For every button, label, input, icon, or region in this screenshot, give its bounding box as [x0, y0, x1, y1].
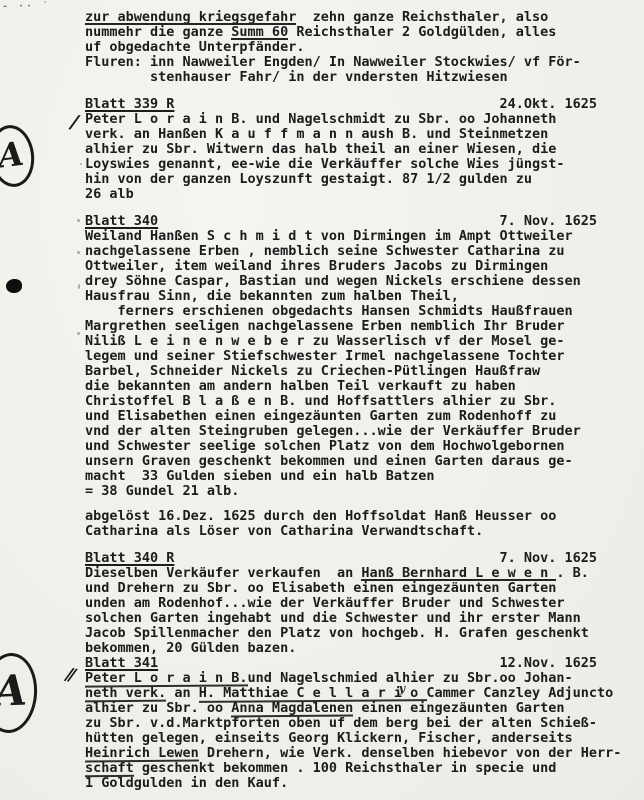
line-text: uf obgedachte Unterpfänder. [85, 39, 304, 55]
line-text: Dieselben Verkäufer verkaufen an Hanß Be… [85, 565, 589, 581]
text-line: alhier zu Sbr. oo Anna Magdalenen einen … [85, 701, 597, 716]
text-line: Loyswies genannt, ee-wie die Verkäuffer … [85, 157, 597, 172]
entry-date: 12.Nov. 1625 [499, 656, 597, 671]
line-text: Barbel, Schneider Nickels zu Criechen-Pü… [85, 363, 540, 379]
text-line: bekommen, 20 Gülden bazen. [85, 641, 597, 656]
text-line: Fluren: inn Nawweiler Engden/ In Nawweil… [85, 55, 597, 70]
text-line: legem und seiner Stiefschwester Irmel na… [85, 349, 597, 364]
text-line: Peter L o r a i n B.und Nagelschmied alh… [85, 671, 597, 686]
text-line: Weiland Hanßen S c h m i d t von Dirming… [85, 229, 597, 244]
handwritten-letter: A [0, 665, 28, 715]
circled-letter-annotation: A [0, 123, 38, 190]
intro-paragraph: zur abwendung kriegsgefahr zehn ganze Re… [85, 10, 597, 85]
text-line: Niliß L e i n e n w e b e r zu Wasserlis… [85, 334, 597, 349]
line-text: 1 Goldgulden in den Kauf. [85, 775, 288, 791]
text-line: hin von der ganzen Loyszunft gestaigt. 8… [85, 172, 597, 187]
line-text: vnd der alten Steingruben gelegen...wie … [85, 423, 581, 439]
entry-date: 7. Nov. 1625 [499, 214, 597, 229]
entry-heading-row: Blatt 340 R 7. Nov. 1625 [85, 551, 597, 566]
text-line: nummehr die ganze Summ 60 Reichsthaler 2… [85, 25, 597, 40]
line-text: Weiland Hanßen S c h m i d t von Dirming… [85, 228, 573, 244]
text-line: Dieselben Verkäufer verkaufen an Hanß Be… [85, 566, 597, 581]
text-line: neth verk. an H. Matthiae C e l l a r i … [85, 686, 597, 701]
text-line: Margrethen seeligen nachgelassene Erben … [85, 319, 597, 334]
text-line: macht 33 Gulden sieben und ein halb Batz… [85, 469, 597, 484]
line-text: nummehr die ganze Summ 60 Reichsthaler 2… [85, 24, 556, 40]
entry-heading-row: Blatt 340 7. Nov. 1625 [85, 214, 597, 229]
text-line: uf obgedachte Unterpfänder. [85, 40, 597, 55]
scan-noise-mark: - ·· ˙ [2, 1, 50, 12]
line-text: = 38 Gundel 21 alb. [85, 483, 239, 499]
text-line: die bekannten am andern halben Teil verk… [85, 379, 597, 394]
line-text: Peter L o r a i n B.und Nagelschmied alh… [85, 670, 573, 686]
register-entry-blatt-340r: Blatt 340 R 7. Nov. 1625 Dieselben Verkä… [85, 551, 597, 656]
handwritten-caret-mark: y [399, 682, 405, 695]
line-text: unden am Rodenhof...wie der Verkäuffer B… [85, 595, 565, 611]
line-text: neth verk. an H. Matthiae C e l l a r i … [85, 685, 613, 701]
line-text: Hausfrau Sinn, die bekannten zum halben … [85, 288, 459, 304]
redemption-note: abgelöst 16.Dez. 1625 durch den Hoffsold… [85, 509, 597, 539]
line-text: hütten gelegen, einseits Georg Klickern,… [85, 730, 573, 746]
text-line: unden am Rodenhof...wie der Verkäuffer B… [85, 596, 597, 611]
scan-speck [80, 163, 82, 165]
line-text: zu Sbr. v.d.Marktpforten oben uf dem ber… [85, 715, 597, 731]
line-text: stenhauser Fahr/ in der vndersten Hitzwi… [85, 69, 508, 85]
text-line: drey Söhne Caspar, Bastian und wegen Nic… [85, 274, 597, 289]
register-entry-blatt-340: Blatt 340 7. Nov. 1625 Weiland Hanßen S … [85, 214, 597, 539]
line-text: alhier zu Sbr. oo Anna Magdalenen einen … [85, 700, 565, 716]
text-line: alhier zu Sbr. Witwern das halb theil an… [85, 142, 597, 157]
text-line: ferners erschienen obgedachts Hansen Sch… [85, 304, 597, 319]
handwritten-letter: A [0, 134, 26, 176]
double-slash-mark: // [64, 665, 73, 686]
text-line: Catharina als Löser von Catharina Verwan… [85, 524, 597, 539]
scan-speck [77, 251, 80, 254]
entry-heading: Blatt 340 [85, 214, 158, 229]
line-text: Fluren: inn Nawweiler Engden/ In Nawweil… [85, 54, 581, 70]
register-entry-blatt-339r: Blatt 339 R 24.Okt. 1625 Peter L o r a i… [85, 97, 597, 202]
entry-heading-row: Blatt 339 R 24.Okt. 1625 [85, 97, 597, 112]
line-text: hin von der ganzen Loyszunft gestaigt. 8… [85, 171, 532, 187]
text-line: vnd der alten Steingruben gelegen...wie … [85, 424, 597, 439]
text-line: Peter L o r a i n B. und Nagelschmidt zu… [85, 112, 597, 127]
text-line: unsern Graven geschenkt bekommen und ein… [85, 454, 597, 469]
line-text: Niliß L e i n e n w e b e r zu Wasserlis… [85, 333, 565, 349]
line-text: Margrethen seeligen nachgelassene Erben … [85, 318, 565, 334]
text-line: abgelöst 16.Dez. 1625 durch den Hoffsold… [85, 509, 597, 524]
entry-date: 24.Okt. 1625 [499, 97, 597, 112]
text-line: Barbel, Schneider Nickels zu Criechen-Pü… [85, 364, 597, 379]
text-line: und Elisabethen einen eingezäunten Garte… [85, 409, 597, 424]
line-text: und Schwester seelige solchen Platz von … [85, 438, 565, 454]
text-line: schaft geschenkt bekommen . 100 Reichsth… [85, 761, 597, 776]
line-text: solchen Garten ingehabt und die Schweste… [85, 610, 581, 626]
entry-heading: Blatt 341 [85, 656, 158, 671]
line-text: die bekannten am andern halben Teil verk… [85, 378, 516, 394]
line-text: Peter L o r a i n B. und Nagelschmidt zu… [85, 111, 556, 127]
line-text: Catharina als Löser von Catharina Verwan… [85, 523, 483, 539]
text-line: nachgelassene Erben , nemblich seine Sch… [85, 244, 597, 259]
entry-date: 7. Nov. 1625 [499, 551, 597, 566]
line-text: ferners erschienen obgedachts Hansen Sch… [85, 303, 573, 319]
text-line: verk. an Hanßen K a u f f m a n n aush B… [85, 127, 597, 142]
text-line: und Drehern zu Sbr. oo Elisabeth einen e… [85, 581, 597, 596]
entry-heading-row: Blatt 341 12.Nov. 1625 [85, 656, 597, 671]
line-text: unsern Graven geschenkt bekommen und ein… [85, 453, 573, 469]
text-line: stenhauser Fahr/ in der vndersten Hitzwi… [85, 70, 597, 85]
line-text: bekommen, 20 Gülden bazen. [85, 640, 296, 656]
line-text: und Elisabethen einen eingezäunten Garte… [85, 408, 556, 424]
text-line: und Schwester seelige solchen Platz von … [85, 439, 597, 454]
line-text: nachgelassene Erben , nemblich seine Sch… [85, 243, 565, 259]
text-line: hütten gelegen, einseits Georg Klickern,… [85, 731, 597, 746]
text-line: Ottweiler, item weiland ihres Bruders Ja… [85, 259, 597, 274]
line-text: Loyswies genannt, ee-wie die Verkäuffer … [85, 156, 565, 172]
line-text: Ottweiler, item weiland ihres Bruders Ja… [85, 258, 548, 274]
check-slash-mark: / [69, 111, 76, 133]
text-line: zu Sbr. v.d.Marktpforten oben uf dem ber… [85, 716, 597, 731]
text-line: Jacob Spillenmacher den Platz von hochge… [85, 626, 597, 641]
line-text: abgelöst 16.Dez. 1625 durch den Hoffsold… [85, 508, 556, 524]
text-line: 1 Goldgulden in den Kauf. [85, 776, 597, 791]
scan-speck [77, 332, 80, 335]
line-text: schaft geschenkt bekommen . 100 Reichsth… [85, 760, 556, 776]
line-text: zur abwendung kriegsgefahr zehn ganze Re… [85, 9, 548, 25]
line-text: Jacob Spillenmacher den Platz von hochge… [85, 625, 589, 641]
scan-speck [78, 284, 80, 289]
line-text: Heinrich Lewen Drehern, wie Verk. densel… [85, 745, 621, 761]
scanned-document-page: - ·· ˙ A / A // zur abwendung kriegsgefa… [0, 0, 644, 800]
text-line: = 38 Gundel 21 alb. [85, 484, 597, 499]
line-text: drey Söhne Caspar, Bastian und wegen Nic… [85, 273, 581, 289]
ink-blot [6, 279, 22, 293]
line-text: legem und seiner Stiefschwester Irmel na… [85, 348, 565, 364]
text-line: zur abwendung kriegsgefahr zehn ganze Re… [85, 10, 597, 25]
text-line: Christoffel B l a ß e n B. und Hoffsattl… [85, 394, 597, 409]
text-line: Heinrich Lewen Drehern, wie Verk. densel… [85, 746, 597, 761]
entry-heading: Blatt 340 R [85, 551, 174, 566]
register-entry-blatt-341: Blatt 341 12.Nov. 1625 Peter L o r a i n… [85, 656, 597, 791]
line-text: verk. an Hanßen K a u f f m a n n aush B… [85, 126, 548, 142]
circled-letter-annotation: A [0, 651, 40, 735]
scan-speck [77, 219, 80, 222]
text-line: Hausfrau Sinn, die bekannten zum halben … [85, 289, 597, 304]
text-line: 26 alb [85, 187, 597, 202]
line-text: und Drehern zu Sbr. oo Elisabeth einen e… [85, 580, 556, 596]
line-text: macht 33 Gulden sieben und ein halb Batz… [85, 468, 435, 484]
line-text: alhier zu Sbr. Witwern das halb theil an… [85, 141, 556, 157]
typewritten-text-block: zur abwendung kriegsgefahr zehn ganze Re… [85, 10, 597, 791]
line-text: Christoffel B l a ß e n B. und Hoffsattl… [85, 393, 556, 409]
line-text: 26 alb [85, 186, 134, 202]
entry-heading: Blatt 339 R [85, 97, 174, 112]
text-line: solchen Garten ingehabt und die Schweste… [85, 611, 597, 626]
